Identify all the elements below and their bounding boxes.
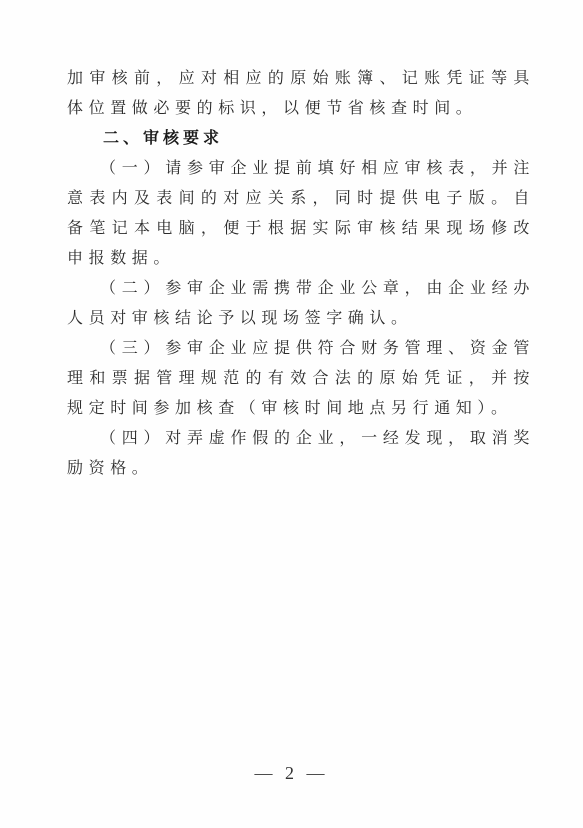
section-heading-audit-requirements: 二、审核要求: [67, 123, 535, 153]
requirement-item-2: （二）参审企业需携带企业公章，由企业经办人员对审核结论予以现场签字确认。: [67, 273, 535, 333]
page-number: — 2 —: [0, 763, 583, 784]
document-body: 加审核前，应对相应的原始账簿、记账凭证等具体位置做必要的标识，以便节省核查时间。…: [67, 63, 535, 483]
requirement-item-3: （三）参审企业应提供符合财务管理、资金管理和票据管理规范的有效合法的原始凭证，并…: [67, 333, 535, 423]
document-page: 加审核前，应对相应的原始账簿、记账凭证等具体位置做必要的标识，以便节省核查时间。…: [0, 0, 583, 828]
requirement-item-1: （一）请参审企业提前填好相应审核表，并注意表内及表间的对应关系，同时提供电子版。…: [67, 153, 535, 273]
continuation-paragraph: 加审核前，应对相应的原始账簿、记账凭证等具体位置做必要的标识，以便节省核查时间。: [67, 63, 535, 123]
requirement-item-4: （四）对弄虚作假的企业，一经发现，取消奖励资格。: [67, 423, 535, 483]
